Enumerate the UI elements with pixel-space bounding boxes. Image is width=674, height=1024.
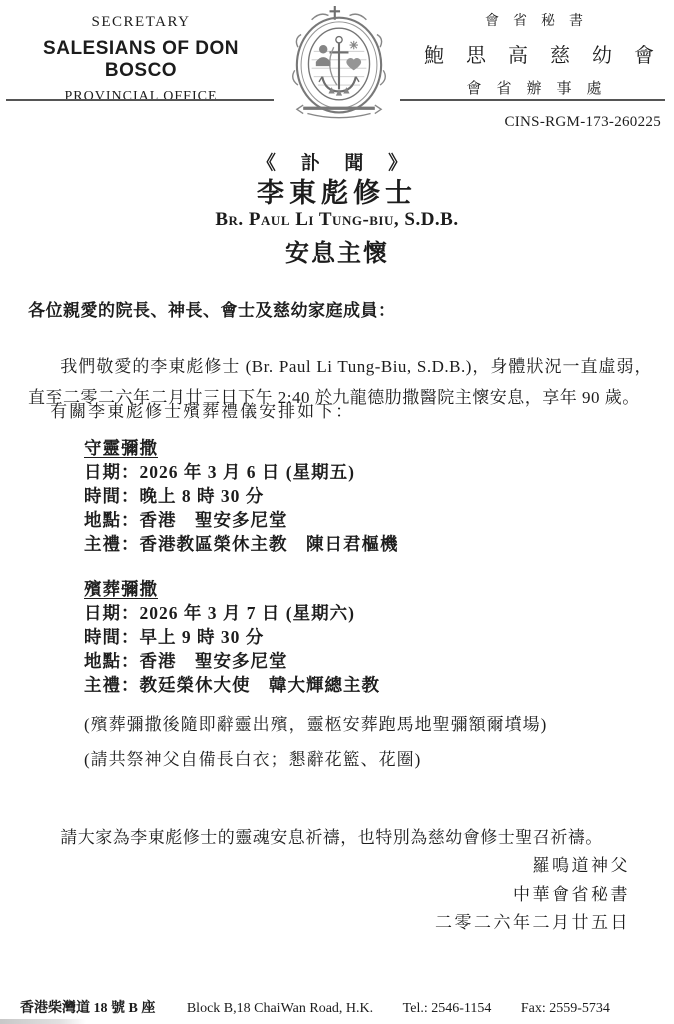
letterhead-rule-right — [400, 99, 665, 101]
signatory-name: 羅鳴道神父 — [435, 852, 630, 881]
arrangements-intro: 有關李東彪修士殯葬禮儀安排如下： — [28, 397, 354, 422]
signatory-title: 中華會省秘書 — [435, 881, 630, 910]
vigil-mass-title: 守靈彌撒 — [84, 436, 399, 460]
burial-note: (殯葬彌撒後隨即辭靈出殯，靈柩安葬跑馬地聖彌額爾墳場) — [84, 710, 547, 735]
letterhead-cn-secretary: 會省秘書 — [402, 10, 666, 30]
vigil-mass-time: 時間：晚上 8 時 30 分 — [84, 484, 399, 508]
vigil-mass-venue: 地點：香港 聖安多尼堂 — [84, 508, 399, 532]
deceased-name-chinese: 李東彪修士 — [0, 171, 674, 210]
signature-block: 羅鳴道神父 中華會省秘書 二零二六年二月廿五日 — [435, 852, 630, 938]
funeral-mass-block: 殯葬彌撒 日期：2026 年 3 月 7 日 (星期六) 時間：早上 9 時 3… — [84, 577, 380, 697]
vigil-mass-celebrant: 主禮：香港教區榮休主教 陳日君樞機 — [84, 532, 399, 556]
letterhead-rule-left — [6, 99, 274, 101]
funeral-mass-date: 日期：2026 年 3 月 7 日 (星期六) — [84, 601, 380, 625]
letterhead-chinese: 會省秘書 鮑思高慈幼會 會省辦事處 — [402, 10, 666, 98]
letterhead-cn-organization: 鮑思高慈幼會 — [402, 39, 666, 68]
footer-address-english: Block B,18 ChaiWan Road, H.K. — [187, 1001, 373, 1017]
letterhead-office: PROVINCIAL OFFICE — [8, 89, 274, 105]
salutation: 各位親愛的院長、神長、會士及慈幼家庭成員： — [28, 296, 396, 321]
scan-artifact — [0, 1019, 86, 1024]
funeral-mass-time: 時間：早上 9 時 30 分 — [84, 625, 380, 649]
letter-date: 二零二六年二月廿五日 — [435, 909, 630, 938]
reference-number: CINS-RGM-173-260225 — [504, 114, 661, 131]
footer-address-chinese: 香港柴灣道 18 號 B 座 — [20, 997, 155, 1017]
obituary-notice-document: SECRETARY SALESIANS OF DON BOSCO PROVINC… — [0, 0, 674, 1024]
deceased-name-english: Br. Paul Li Tung-biu, S.D.B. — [0, 209, 674, 231]
prayer-request: 請大家為李東彪修士的靈魂安息祈禱，也特別為慈幼會修士聖召祈禱。 — [28, 823, 652, 848]
salesian-coat-of-arms-icon — [286, 5, 392, 123]
concelebrant-note: (請共祭神父自備長白衣；懇辭花籃、花圈) — [84, 745, 421, 770]
letterhead-organization: SALESIANS OF DON BOSCO — [8, 38, 274, 82]
footer-fax: Fax: 2559-5734 — [521, 1001, 610, 1017]
rest-in-peace-heading: 安息主懷 — [0, 233, 674, 268]
funeral-mass-title: 殯葬彌撒 — [84, 577, 380, 601]
vigil-mass-block: 守靈彌撒 日期：2026 年 3 月 6 日 (星期五) 時間：晚上 8 時 3… — [84, 436, 399, 556]
letterhead-english: SECRETARY SALESIANS OF DON BOSCO PROVINC… — [8, 14, 274, 105]
vigil-mass-date: 日期：2026 年 3 月 6 日 (星期五) — [84, 460, 399, 484]
funeral-mass-venue: 地點：香港 聖安多尼堂 — [84, 649, 380, 673]
letterhead-cn-office: 會省辦事處 — [402, 77, 666, 98]
funeral-mass-celebrant: 主禮：教廷榮休大使 韓大輝總主教 — [84, 673, 380, 697]
letterhead-secretary: SECRETARY — [8, 14, 274, 31]
footer-contact-line: 香港柴灣道 18 號 B 座 Block B,18 ChaiWan Road, … — [20, 997, 610, 1017]
footer-telephone: Tel.: 2546-1154 — [403, 1001, 492, 1017]
